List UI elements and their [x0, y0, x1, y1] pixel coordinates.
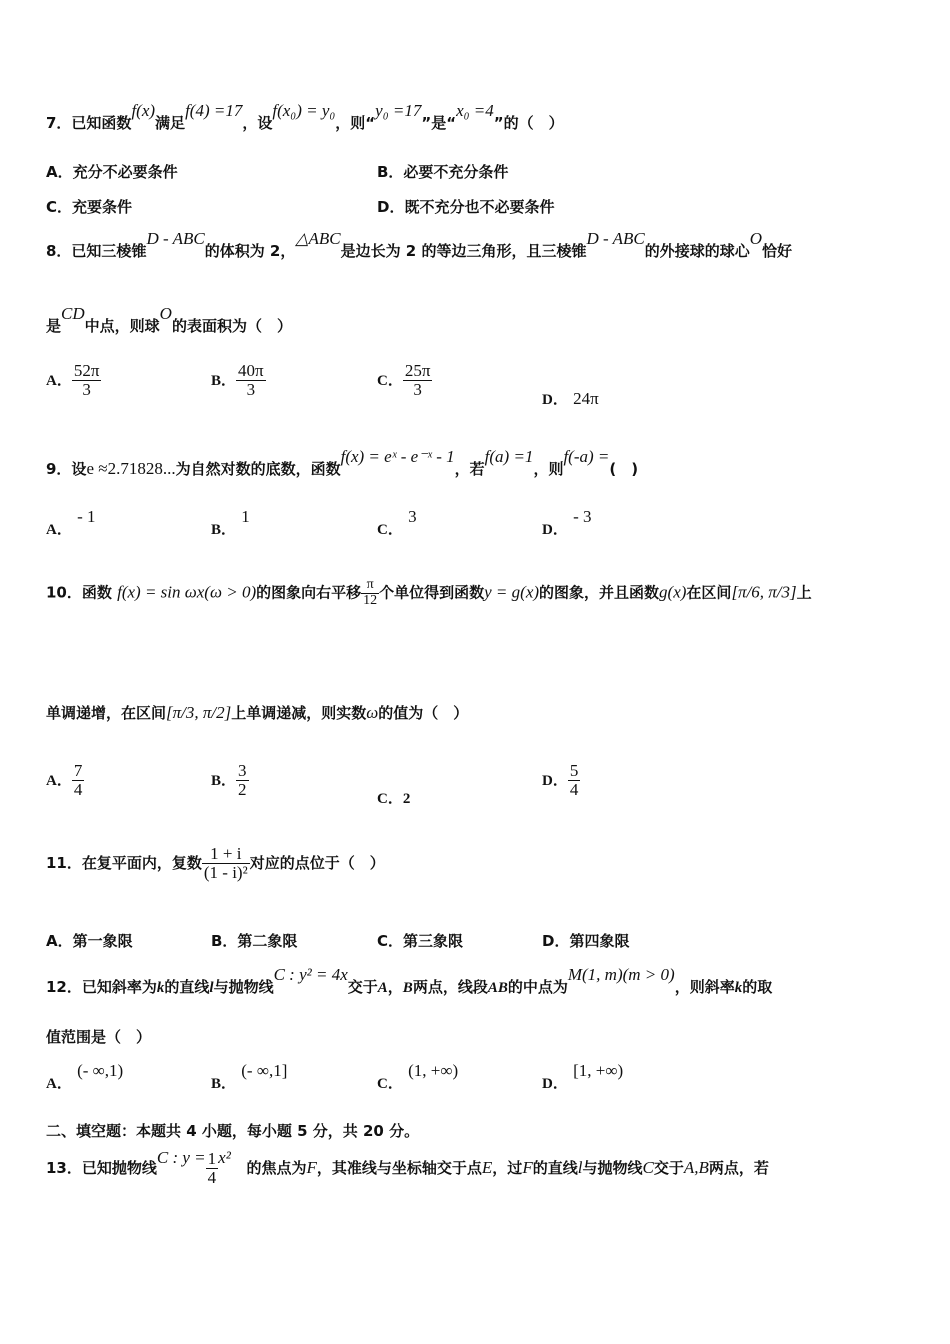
option-value: - 3: [573, 507, 591, 526]
q10-text: 在区间: [686, 584, 731, 602]
fraction: 1 + i(1 - i)²: [202, 845, 250, 882]
q8-option-a[interactable]: A．52π3: [46, 362, 101, 399]
option-value: 24π: [573, 389, 599, 408]
q7-text: ”是“: [421, 114, 456, 132]
q12-var: A: [378, 980, 388, 996]
option-label: D．: [542, 1076, 568, 1092]
q10-text: 单调递增，在区间: [46, 704, 166, 722]
option-value: 2: [403, 791, 411, 807]
fraction: 14: [206, 1150, 219, 1187]
q13-math: A,B: [684, 1158, 709, 1177]
question-8-stem-line1: 8．已知三棱锥D - ABC的体积为 2，△ABC是边长为 2 的等边三角形，且…: [46, 240, 792, 261]
option-label: A．: [46, 373, 72, 389]
question-12-stem-line2: 值范围是（ ）: [46, 1026, 151, 1047]
q9-math: e ≈2.71828...: [86, 459, 175, 478]
q9-math: f(a) =1: [485, 447, 534, 466]
q10-option-b[interactable]: B．32: [211, 762, 249, 799]
option-value: [1, +∞): [573, 1061, 623, 1080]
fraction: 74: [72, 762, 85, 799]
q10-text: 的值为（ ）: [378, 704, 468, 722]
q7-math-fx: f(x): [131, 101, 155, 120]
q8-text: 的体积为 2，: [205, 242, 296, 260]
q12-math: C : y² = 4x: [274, 965, 348, 984]
q7-math-fx0: f(x₀) = y₀: [272, 101, 335, 120]
question-9-stem: 9．设e ≈2.71828...为自然对数的底数，函数f(x) = eˣ - e…: [46, 458, 638, 479]
q10-option-a[interactable]: A．74: [46, 762, 84, 799]
numerator: 5: [568, 762, 581, 781]
q13-math: C : y =: [157, 1148, 206, 1167]
numerator: 3: [236, 762, 249, 781]
q13-text: 与抛物线: [582, 1159, 642, 1177]
q7-option-a[interactable]: A．充分不必要条件: [46, 161, 178, 182]
q10-math-interval: [π/6, π/3]: [731, 583, 796, 602]
q8-text: 8．已知三棱锥: [46, 242, 146, 260]
q9-option-c[interactable]: C． 3: [377, 518, 417, 539]
q8-math: O: [750, 229, 762, 248]
denominator: 4: [568, 781, 581, 799]
q10-option-c[interactable]: C．2: [377, 787, 410, 808]
denominator: 3: [236, 381, 266, 399]
q13-text: 的焦点为: [246, 1159, 306, 1177]
q7-option-d[interactable]: D．既不充分也不必要条件: [377, 196, 554, 217]
option-label: B．: [211, 773, 236, 789]
numerator: 40π: [236, 362, 266, 381]
option-label: C．: [377, 1076, 403, 1092]
q12-text: ，: [388, 978, 403, 996]
question-11-stem: 11．在复平面内，复数1 + i(1 - i)²对应的点位于（ ）: [46, 845, 385, 882]
option-label: C．: [377, 373, 403, 389]
option-label: D．: [542, 522, 568, 538]
fraction: 32: [236, 762, 249, 799]
question-12-stem-line1: 12．已知斜率为k的直线l与抛物线C : y² = 4x交于A，B两点，线段AB…: [46, 976, 772, 997]
q12-var: AB: [488, 980, 508, 996]
option-value: - 1: [77, 507, 95, 526]
option-label: B．: [211, 373, 236, 389]
q12-text: 的取: [742, 978, 772, 996]
q10-text: 个单位得到函数: [379, 584, 484, 602]
denominator: 3: [403, 381, 433, 399]
q10-math-interval: [π/3, π/2]: [166, 703, 231, 722]
question-10-stem-line2: 单调递增，在区间[π/3, π/2]上单调递减，则实数ω的值为（ ）: [46, 702, 468, 723]
q11-option-b[interactable]: B．第二象限: [211, 930, 297, 951]
numerator: π: [361, 578, 379, 594]
q9-text: 9．设: [46, 460, 86, 478]
q8-math: CD: [61, 304, 85, 323]
q8-text: 中点，则球: [85, 317, 160, 335]
denominator: (1 - i)²: [202, 864, 250, 882]
q13-math: x²: [218, 1148, 231, 1167]
q8-text: 的外接球的球心: [645, 242, 750, 260]
q12-text: 交于: [348, 978, 378, 996]
q13-text: 两点，若: [709, 1159, 769, 1177]
q11-option-a[interactable]: A．第一象限: [46, 930, 133, 951]
q7-math-y0: y₀ =17: [375, 101, 421, 120]
denominator: 4: [206, 1169, 219, 1187]
numerator: 7: [72, 762, 85, 781]
q9-option-a[interactable]: A． - 1: [46, 518, 96, 539]
option-value: 3: [408, 507, 417, 526]
q13-math: C: [642, 1158, 653, 1177]
question-10-stem-line1: 10．函数 f(x) = sin ωx(ω > 0)的图象向右平移π12个单位得…: [46, 578, 812, 608]
q7-text: ，则“: [335, 114, 375, 132]
q12-text: 的直线: [164, 978, 209, 996]
q10-math: g(x): [659, 583, 686, 602]
fraction: 40π3: [236, 362, 266, 399]
q8-option-d[interactable]: D． 24π: [542, 388, 599, 409]
option-label: D．: [542, 392, 568, 408]
q9-math: f(-a) =: [563, 447, 609, 466]
q12-math: M(1, m)(m > 0): [568, 965, 675, 984]
denominator: 12: [361, 594, 379, 609]
q10-text: 10．函数: [46, 584, 112, 602]
q8-math: D - ABC: [146, 229, 204, 248]
q11-option-d[interactable]: D．第四象限: [542, 930, 629, 951]
q9-text: ，则: [533, 460, 563, 478]
q12-var: B: [403, 980, 413, 996]
q9-option-b[interactable]: B． 1: [211, 518, 250, 539]
q13-text: ，过: [492, 1159, 522, 1177]
q10-math: y = g(x): [484, 583, 539, 602]
q13-text: 交于: [654, 1159, 684, 1177]
q9-text: ，若: [455, 460, 485, 478]
option-value: 1: [241, 507, 250, 526]
option-value: (1, +∞): [408, 1061, 458, 1080]
numerator: 52π: [72, 362, 102, 381]
q13-text: ，其准线与坐标轴交于点: [317, 1159, 482, 1177]
q8-text: 恰好: [762, 242, 792, 260]
q7-text: ”的（ ）: [494, 114, 564, 132]
q13-text: 13．已知抛物线: [46, 1159, 157, 1177]
option-label: A．: [46, 522, 72, 538]
option-label: D．: [542, 773, 568, 789]
q12-text: 与抛物线: [214, 978, 274, 996]
q11-option-c[interactable]: C．第三象限: [377, 930, 463, 951]
fraction: 52π3: [72, 362, 102, 399]
q12-option-c[interactable]: C． (1, +∞): [377, 1072, 458, 1093]
q10-math: ω: [366, 703, 378, 722]
q8-math: △ABC: [295, 229, 340, 248]
q12-text: 两点，线段: [413, 978, 488, 996]
q9-math: f(x) = eˣ - e⁻ˣ - 1: [341, 447, 455, 466]
option-label: C．: [377, 522, 403, 538]
option-label: A．: [46, 773, 72, 789]
q10-text: 的图象，并且函数: [539, 584, 659, 602]
q9-text: ( ): [609, 460, 638, 478]
q10-text: 上: [797, 584, 812, 602]
q11-text: 11．在复平面内，复数: [46, 854, 202, 872]
numerator: 1: [206, 1150, 219, 1169]
q13-math: F: [307, 1158, 317, 1177]
fraction: π12: [361, 578, 379, 608]
q12-text: ，则斜率: [675, 978, 735, 996]
option-label: C．: [377, 791, 403, 807]
denominator: 4: [72, 781, 85, 799]
option-label: B．: [211, 522, 236, 538]
q7-option-c[interactable]: C．充要条件: [46, 196, 132, 217]
question-13-stem: 13．已知抛物线C : y =14x² 的焦点为F，其准线与坐标轴交于点E，过F…: [46, 1150, 769, 1187]
q9-option-d[interactable]: D． - 3: [542, 518, 592, 539]
q13-math: E: [482, 1158, 492, 1177]
q7-text: 7．已知函数: [46, 114, 131, 132]
q12-option-d[interactable]: D． [1, +∞): [542, 1072, 623, 1093]
section-title-fill-in-blank: 二、填空题：本题共 4 小题，每小题 5 分，共 20 分。: [46, 1120, 419, 1141]
q10-option-d[interactable]: D．54: [542, 762, 580, 799]
q8-option-c[interactable]: C．25π3: [377, 362, 432, 399]
question-8-stem-line2: 是CD中点，则球O的表面积为（ ）: [46, 315, 292, 336]
numerator: 1 + i: [202, 845, 250, 864]
q8-text: 的表面积为（ ）: [172, 317, 292, 335]
q8-text: 是: [46, 317, 61, 335]
q12-option-b[interactable]: B． (- ∞,1]: [211, 1072, 287, 1093]
q7-text: 满足: [155, 114, 185, 132]
option-value: (- ∞,1): [77, 1061, 123, 1080]
option-label: B．: [211, 1076, 236, 1092]
q13-text: 的直线: [533, 1159, 578, 1177]
q9-text: 为自然对数的底数，函数: [176, 460, 341, 478]
question-7-stem: 7．已知函数f(x)满足f(4) =17，设f(x₀) = y₀，则“y₀ =1…: [46, 112, 564, 133]
q10-math: f(x) = sin ωx(ω > 0): [117, 583, 256, 602]
q13-math: F: [522, 1158, 532, 1177]
q12-text: 12．已知斜率为: [46, 978, 157, 996]
q8-text: 是边长为 2 的等边三角形，且三棱锥: [341, 242, 587, 260]
option-label: A．: [46, 1076, 72, 1092]
q7-text: ，设: [242, 114, 272, 132]
denominator: 3: [72, 381, 102, 399]
q10-text: 上单调递减，则实数: [231, 704, 366, 722]
q8-option-b[interactable]: B．40π3: [211, 362, 266, 399]
q7-option-b[interactable]: B．必要不充分条件: [377, 161, 508, 182]
numerator: 25π: [403, 362, 433, 381]
q11-text: 对应的点位于（ ）: [250, 854, 385, 872]
fraction: 54: [568, 762, 581, 799]
q12-option-a[interactable]: A． (- ∞,1): [46, 1072, 123, 1093]
fraction: 25π3: [403, 362, 433, 399]
denominator: 2: [236, 781, 249, 799]
q10-text: 的图象向右平移: [256, 584, 361, 602]
q8-math: O: [160, 304, 172, 323]
q8-math: D - ABC: [586, 229, 644, 248]
q12-text: 的中点为: [508, 978, 568, 996]
q7-math-f4: f(4) =17: [185, 101, 242, 120]
option-value: (- ∞,1]: [241, 1061, 287, 1080]
q7-math-x0: x₀ =4: [456, 101, 494, 120]
